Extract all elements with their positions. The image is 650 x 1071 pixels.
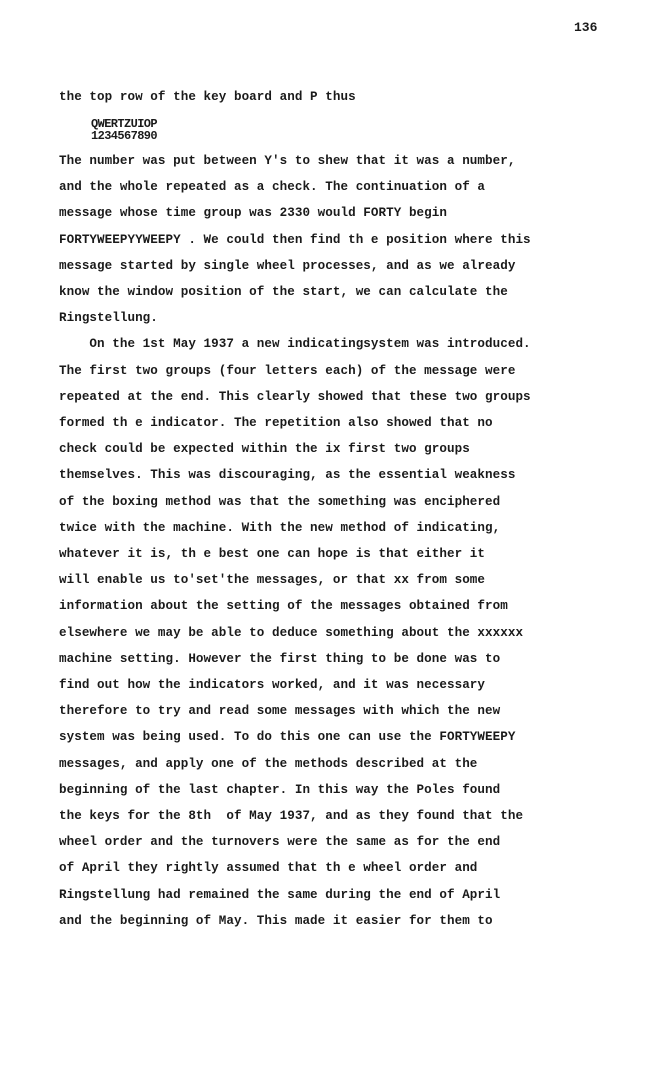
keyboard-number-row: 1234567890 — [91, 129, 157, 143]
text-line: whatever it is, th e best one can hope i… — [59, 546, 485, 562]
page-number: 136 — [574, 20, 597, 35]
text-line: twice with the machine. With the new met… — [59, 520, 500, 536]
text-line: and the whole repeated as a check. The c… — [59, 179, 485, 195]
text-line: themselves. This was discouraging, as th… — [59, 467, 515, 483]
text-line: FORTYWEEPYYWEEPY . We could then find th… — [59, 232, 531, 248]
text-line: check could be expected within the ix fi… — [59, 441, 470, 457]
text-line: find out how the indicators worked, and … — [59, 677, 485, 693]
text-line: On the 1st May 1937 a new indicatingsyst… — [59, 336, 531, 352]
text-line: formed th e indicator. The repetition al… — [59, 415, 493, 431]
typewritten-page: 136 the top row of the key board and P t… — [0, 0, 650, 1071]
text-line: system was being used. To do this one ca… — [59, 729, 515, 745]
intro-line: the top row of the key board and P thus — [59, 89, 356, 105]
text-line: will enable us to'set'the messages, or t… — [59, 572, 485, 588]
text-line: therefore to try and read some messages … — [59, 703, 500, 719]
text-line: repeated at the end. This clearly showed… — [59, 389, 531, 405]
text-line: The first two groups (four letters each)… — [59, 363, 515, 379]
text-line: and the beginning of May. This made it e… — [59, 913, 493, 929]
text-line: the keys for the 8th of May 1937, and as… — [59, 808, 523, 824]
text-line: of the boxing method was that the someth… — [59, 494, 500, 510]
text-line: elsewhere we may be able to deduce somet… — [59, 625, 523, 641]
text-line: message whose time group was 2330 would … — [59, 205, 447, 221]
text-line: Ringstellung. — [59, 310, 158, 326]
text-line: know the window position of the start, w… — [59, 284, 508, 300]
text-line: of April they rightly assumed that th e … — [59, 860, 477, 876]
text-line: wheel order and the turnovers were the s… — [59, 834, 500, 850]
text-line: machine setting. However the first thing… — [59, 651, 500, 667]
text-line: beginning of the last chapter. In this w… — [59, 782, 500, 798]
text-line: The number was put between Y's to shew t… — [59, 153, 515, 169]
text-line: messages, and apply one of the methods d… — [59, 756, 477, 772]
text-line: message started by single wheel processe… — [59, 258, 515, 274]
text-line: information about the setting of the mes… — [59, 598, 508, 614]
text-line: Ringstellung had remained the same durin… — [59, 887, 500, 903]
